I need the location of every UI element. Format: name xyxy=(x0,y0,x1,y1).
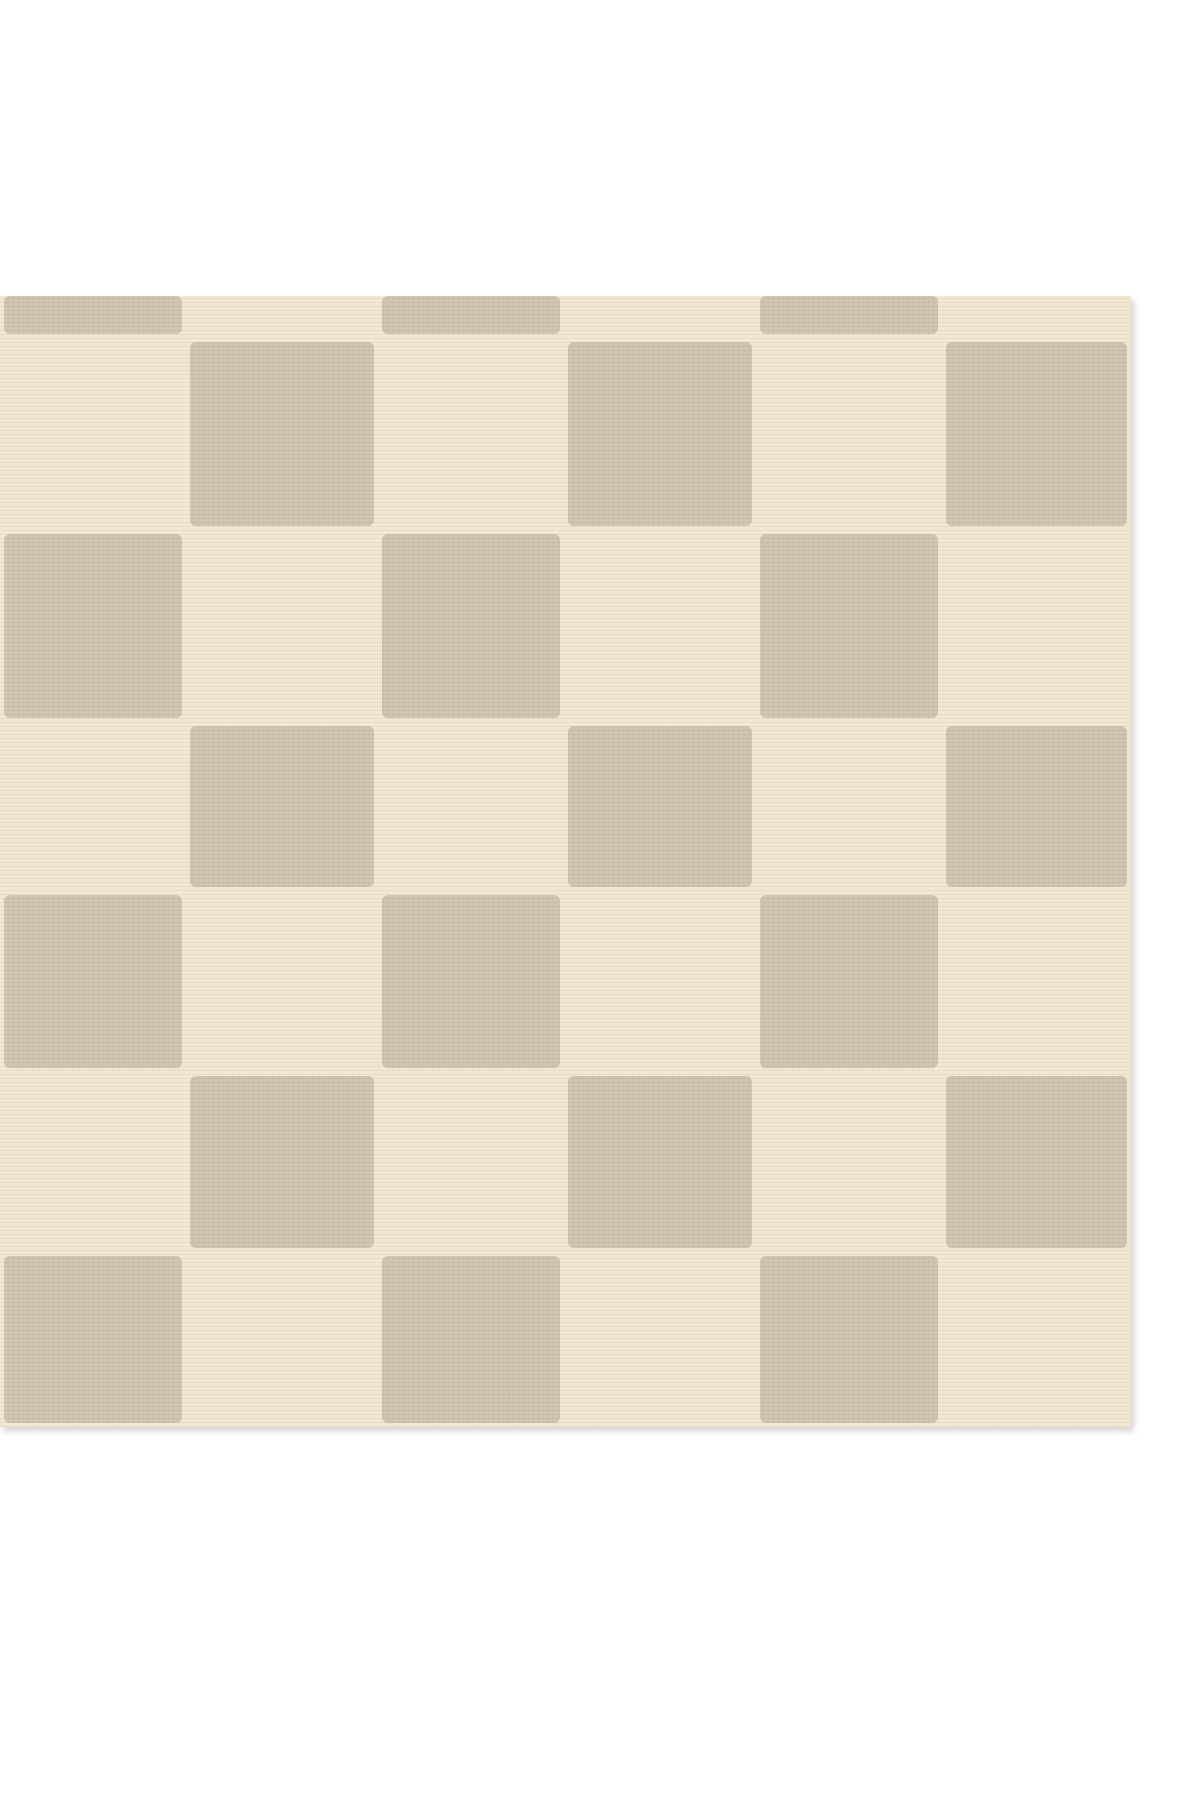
rug-block-dark xyxy=(568,342,752,526)
rug-block-dark xyxy=(190,342,374,526)
rug-block-dark xyxy=(382,1256,560,1423)
rug-block-dark xyxy=(946,342,1127,526)
rug-block-dark xyxy=(760,534,938,718)
rug-block-dark xyxy=(382,895,560,1068)
rug-block-dark xyxy=(4,534,182,718)
rug-block-dark xyxy=(4,1256,182,1423)
rug-block-dark xyxy=(4,296,182,334)
rug xyxy=(0,296,1131,1427)
rug-block-dark xyxy=(946,1076,1127,1248)
rug-block-dark xyxy=(190,1076,374,1248)
rug-block-dark xyxy=(568,1076,752,1248)
rug-block-dark xyxy=(382,296,560,334)
rug-block-dark xyxy=(190,726,374,887)
rug-block-dark xyxy=(382,534,560,718)
rug-block-dark xyxy=(760,1256,938,1423)
rug-block-dark xyxy=(568,726,752,887)
rug-block-dark xyxy=(760,895,938,1068)
rug-block-dark xyxy=(760,296,938,334)
rug-block-dark xyxy=(4,895,182,1068)
rug-block-dark xyxy=(946,726,1127,887)
